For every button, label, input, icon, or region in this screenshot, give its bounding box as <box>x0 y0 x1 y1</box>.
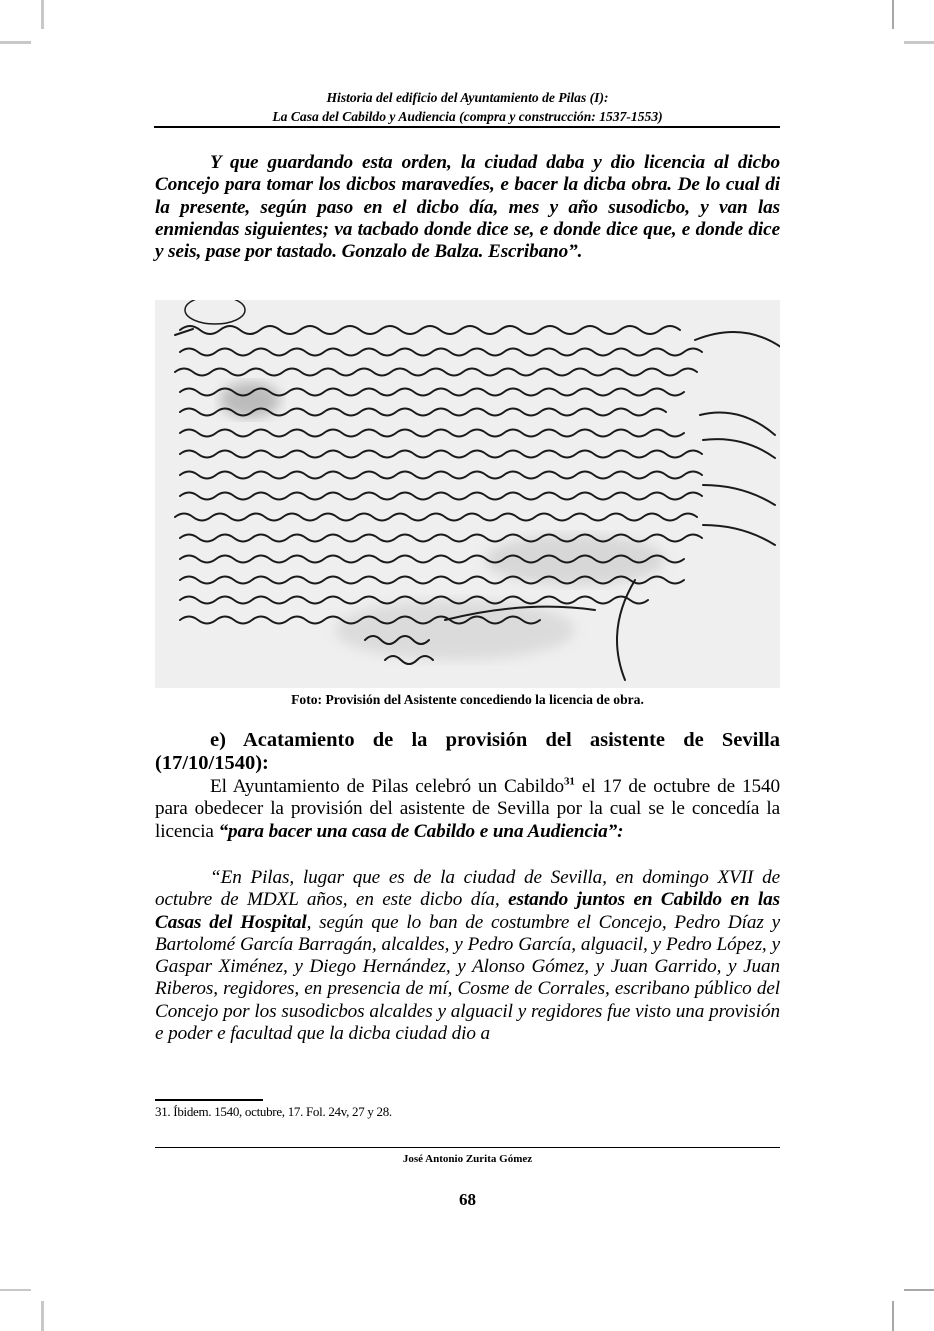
header-rule <box>154 126 780 128</box>
footnote-reference[interactable]: 31 <box>564 776 575 788</box>
running-header: Historia del edificio del Ayuntamiento d… <box>155 88 780 126</box>
section-heading-text: e) Acatamiento de la provisión del asist… <box>155 729 780 774</box>
manuscript-photo <box>155 300 780 688</box>
photo-caption: Foto: Provisión del Asistente concediend… <box>155 692 780 708</box>
footer-author: José Antonio Zurita Gómez <box>155 1153 780 1165</box>
footer-rule <box>155 1147 780 1148</box>
crop-mark <box>892 0 894 29</box>
section-heading: e) Acatamiento de la provisión del asist… <box>155 729 780 775</box>
paragraph-emphasis: “para bacer una casa de Cabildo e una Au… <box>219 821 624 842</box>
body-paragraph: El Ayuntamiento de Pilas celebró un Cabi… <box>155 776 780 843</box>
manuscript-image <box>155 300 780 688</box>
quote-1-text: Y que guardando esta orden, la ciudad da… <box>155 152 780 262</box>
running-header-line-2: La Casa del Cabildo y Audiencia (compra … <box>155 107 780 126</box>
quote-paragraph-2: “En Pilas, lugar que es de la ciudad de … <box>155 867 780 1045</box>
crop-mark <box>41 0 44 29</box>
crop-mark <box>904 1289 934 1291</box>
page-number: 68 <box>155 1190 780 1210</box>
quote-paragraph-1: Y que guardando esta orden, la ciudad da… <box>155 152 780 263</box>
paragraph-text-before: El Ayuntamiento de Pilas celebró un Cabi… <box>210 776 564 797</box>
crop-mark <box>0 1289 31 1291</box>
footnote: 31. Íbidem. 1540, octubre, 17. Fol. 24v,… <box>155 1104 392 1120</box>
document-page: Historia del edificio del Ayuntamiento d… <box>155 0 780 1331</box>
crop-mark <box>904 41 934 44</box>
crop-mark <box>41 1301 44 1331</box>
running-header-line-1: Historia del edificio del Ayuntamiento d… <box>155 88 780 107</box>
footnote-rule <box>155 1099 263 1101</box>
crop-mark <box>0 41 31 44</box>
crop-mark <box>892 1301 894 1331</box>
